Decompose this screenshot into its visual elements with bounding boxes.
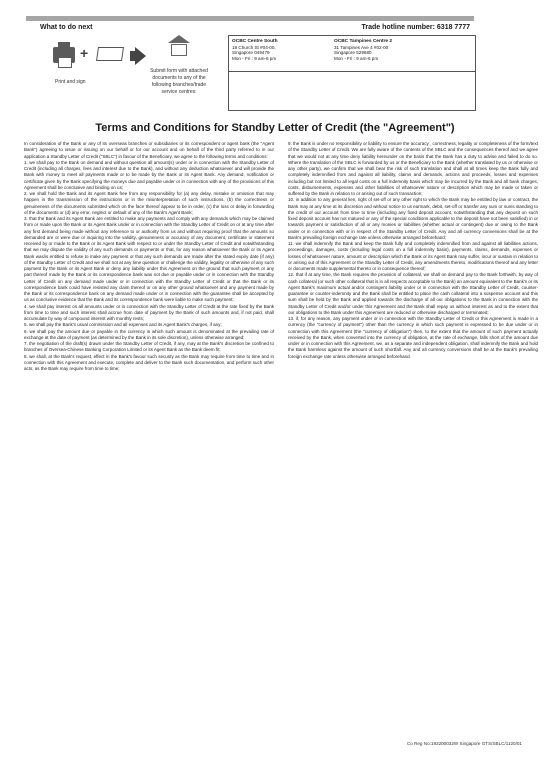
branch-tampines-centre: OCBC Tampines Centre 2 31 Tampines Ave 4… [334, 38, 392, 61]
terms-clause-9: 9. the Bank is under no responsibility o… [288, 141, 538, 197]
footer-reference: Co Reg No:193200032W Singapore GTS/SBLC/… [407, 741, 522, 746]
terms-clause-4: 4. we shall pay interest on all amounts … [24, 304, 274, 323]
terms-clause-13: 13. if, for any reason, any payment unde… [288, 316, 538, 360]
terms-right-column: 9. the Bank is under no responsibility o… [288, 141, 538, 360]
section-label: What to do next [40, 24, 93, 31]
terms-clause-8: 8. we shall, at the Bank's request, effe… [24, 354, 274, 373]
terms-clause-12: 12. that if at any time, the Bank requir… [288, 272, 538, 316]
arrow-right-icon [135, 47, 146, 65]
terms-clause-11: 11. we shall indemnify the Bank and keep… [288, 241, 538, 272]
bank-building-icon [168, 35, 190, 57]
header-divider-bar [26, 16, 474, 21]
step-print-caption: Print and sign [55, 79, 86, 85]
terms-clause-6: 6. we shall pay the amount due or payabl… [24, 329, 274, 342]
terms-clause-1: 1. we shall pay to the Bank on demand an… [24, 160, 274, 191]
sign-form-icon [96, 47, 124, 61]
plus-icon: + [80, 45, 88, 61]
printer-icon [53, 47, 75, 63]
branch-list-box: OCBC Centre South 18 Church St #04-00, S… [228, 35, 476, 111]
trade-hotline: Trade hotline number: 6318 7777 [361, 24, 470, 31]
terms-clause-10: 10. in addition to any general lien, rig… [288, 197, 538, 241]
document-title: Terms and Conditions for Standby Letter … [0, 122, 550, 134]
terms-clause-3: 3. that the Bank and its Agent Bank are … [24, 216, 274, 304]
terms-left-column: In consideration of the Bank or any of i… [24, 141, 274, 372]
steps-illustration: + Print and sign Submit form with attach… [45, 33, 215, 118]
step-submit-caption: Submit form with attached documents to a… [150, 68, 208, 96]
terms-clause-2: 2. we shall hold the Bank and its Agent … [24, 191, 274, 216]
terms-clause-7: 7. the negotiation of the draft(s) drawn… [24, 341, 274, 354]
terms-paragraph: In consideration of the Bank or any of i… [24, 141, 274, 160]
branch-centre-south: OCBC Centre South 18 Church St #04-00, S… [232, 38, 278, 61]
